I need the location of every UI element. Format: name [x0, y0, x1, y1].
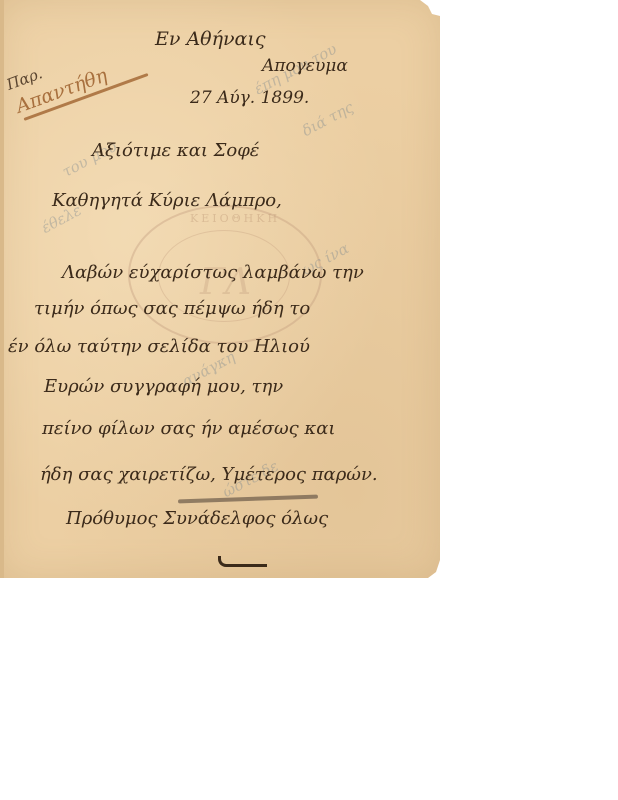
- body-line: Λαβών εύχαρίστως λαμβάνω την: [62, 262, 364, 283]
- closing-line: Πρόθυμος Συνάδελφος όλως: [66, 508, 328, 529]
- body-line: ήδη σας χαιρετίζω, Υμέτερος παρών.: [40, 464, 378, 485]
- salutation-line-2: Καθηγητά Κύριε Λάμπρο,: [52, 190, 282, 211]
- body-line: πείνο φίλων σας ήν αμέσως και: [42, 418, 335, 439]
- place-line-1: Εν Αθήναις: [155, 28, 265, 50]
- letter-paper: ΚΕΙΟΘΗΚΗ ΓΛ έπη μου του διά της έθελε ως…: [0, 0, 440, 578]
- date-line: 27 Αύγ. 1899.: [190, 88, 309, 108]
- paper-edge: [0, 0, 4, 578]
- body-line: τιμήν όπως σας πέμψω ήδη το: [34, 298, 310, 319]
- body-line: έν όλω ταύτην σελίδα του Ηλιού: [8, 336, 310, 357]
- place-line-2: Απογευμα: [262, 56, 348, 76]
- salutation-line-1: Αξιότιμε και Σοφέ: [92, 140, 259, 161]
- body-line: Ευρών συγγραφή μου, την: [44, 376, 283, 397]
- signature-mark: [218, 556, 267, 567]
- stamp-text: ΚΕΙΟΘΗΚΗ: [190, 212, 280, 225]
- word-underline: [178, 495, 318, 504]
